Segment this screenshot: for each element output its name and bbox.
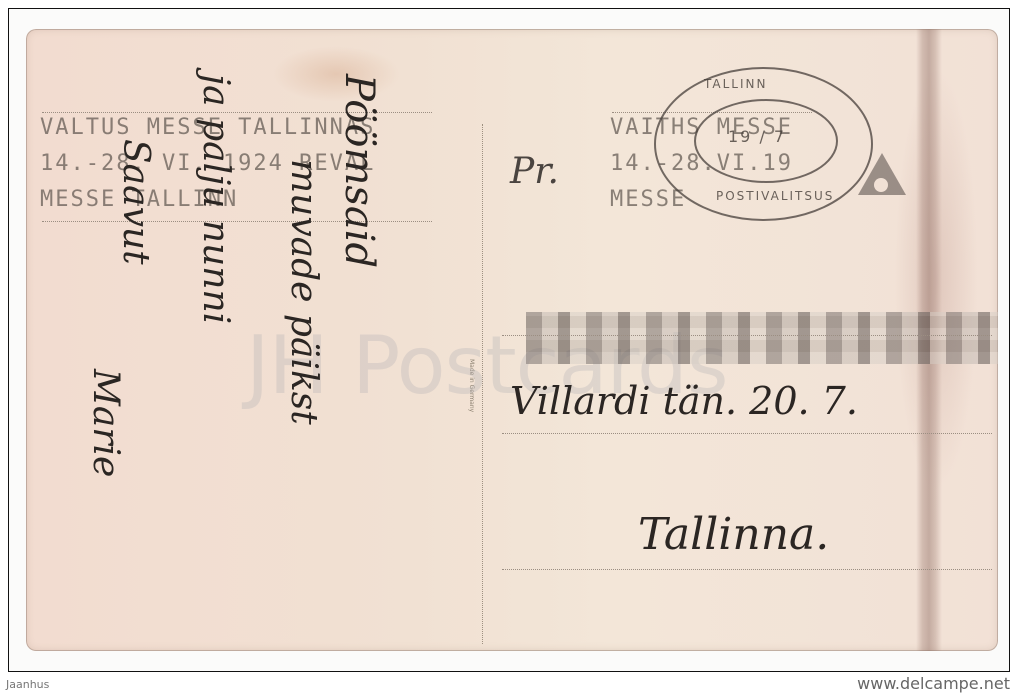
triangle-sun-center xyxy=(874,178,888,192)
signature: Marie xyxy=(85,369,126,477)
oval-postmark-bottom: POSTIVALITSUS xyxy=(716,189,834,203)
oval-postmark-top: TALLINN xyxy=(704,77,767,91)
oval-postmark-date: 19 / 7 xyxy=(728,127,786,146)
address-rule-3 xyxy=(502,569,992,570)
address-rule-1 xyxy=(502,335,992,336)
site-link[interactable]: www.delcampe.net xyxy=(857,674,1010,693)
address-salutation: Pr. xyxy=(510,151,559,192)
address-city: Tallinna. xyxy=(638,509,829,560)
address-rule-2 xyxy=(502,433,992,434)
postcard: VALTUS MESSE TALLINNAS 14.-28. VI. 1924 … xyxy=(26,29,998,651)
seller-name: Jaanhus xyxy=(6,678,49,691)
message-line-3: ja palju nunni xyxy=(195,74,236,324)
redacted-name xyxy=(526,312,998,364)
message-line-1: Pöömsaid xyxy=(336,74,382,268)
message-line-2: muvade päikst xyxy=(283,159,324,425)
machine-cancel-line-right-3: MESSE xyxy=(610,187,686,212)
address-street: Villardi tän. 20. 7. xyxy=(510,379,858,423)
message-line-4: Saavut xyxy=(115,139,156,265)
